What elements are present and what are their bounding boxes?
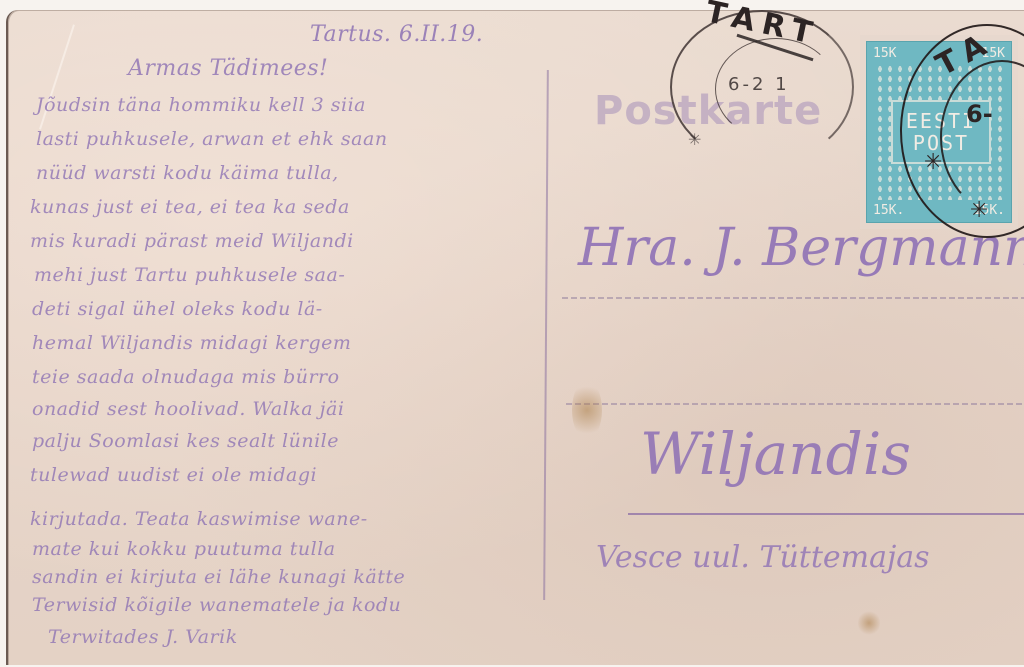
stamp-denom-bl: 15K.	[873, 203, 904, 218]
postmark-date: 6-	[966, 100, 993, 128]
message-line: onadid sest hoolivad. Walka jäi	[32, 398, 344, 420]
message-line: deti sigal ühel oleks kodu lä-	[32, 298, 323, 320]
message-line: palju Soomlasi kes sealt lünile	[32, 430, 339, 452]
message-line: nüüd warsti kodu käima tulla,	[36, 162, 339, 184]
postmark-star-icon: ✳	[688, 130, 701, 149]
message-date: Tartus. 6.II.19.	[310, 22, 483, 47]
postmark-date: 6-2 1	[728, 74, 790, 95]
message-line: sandin ei kirjuta ei lähe kunagi kätte	[32, 566, 405, 588]
message-greeting: Armas Tädimees!	[128, 56, 328, 81]
address-street: Vesce uul. Tüttemajas	[596, 540, 930, 575]
city-underline	[628, 513, 1024, 515]
message-line: hemal Wiljandis midagi kergem	[32, 332, 351, 354]
address-rule	[562, 297, 1024, 299]
message-signature: Terwitades J. Varik	[48, 626, 238, 648]
message-line: kirjutada. Teata kaswimise wane-	[30, 508, 368, 530]
message-line: mis kuradi pärast meid Wiljandi	[30, 230, 354, 252]
foxing-stain	[858, 610, 880, 636]
message-line: teie saada olnudaga mis bürro	[32, 366, 340, 388]
postmark-star-icon: ✳	[970, 198, 988, 223]
message-line: Terwisid kõigile wanematele ja kodu	[32, 594, 401, 616]
message-line: tulewad uudist ei ole midagi	[30, 464, 317, 486]
message-line: lasti puhkusele, arwan et ehk saan	[36, 128, 388, 150]
message-line: mehi just Tartu puhkusele saa-	[34, 264, 345, 286]
postmark-star-icon: ✳	[924, 150, 942, 175]
stamp-denom-tl: 15K	[873, 46, 896, 61]
message-line: kunas just ei tea, ei tea ka seda	[30, 196, 350, 218]
message-line: Jõudsin täna hommiku kell 3 siia	[36, 94, 366, 116]
address-city: Wiljandis	[640, 420, 911, 488]
message-line: mate kui kokku puutuma tulla	[32, 538, 336, 560]
address-rule	[566, 403, 1024, 405]
foxing-stain	[572, 380, 602, 440]
